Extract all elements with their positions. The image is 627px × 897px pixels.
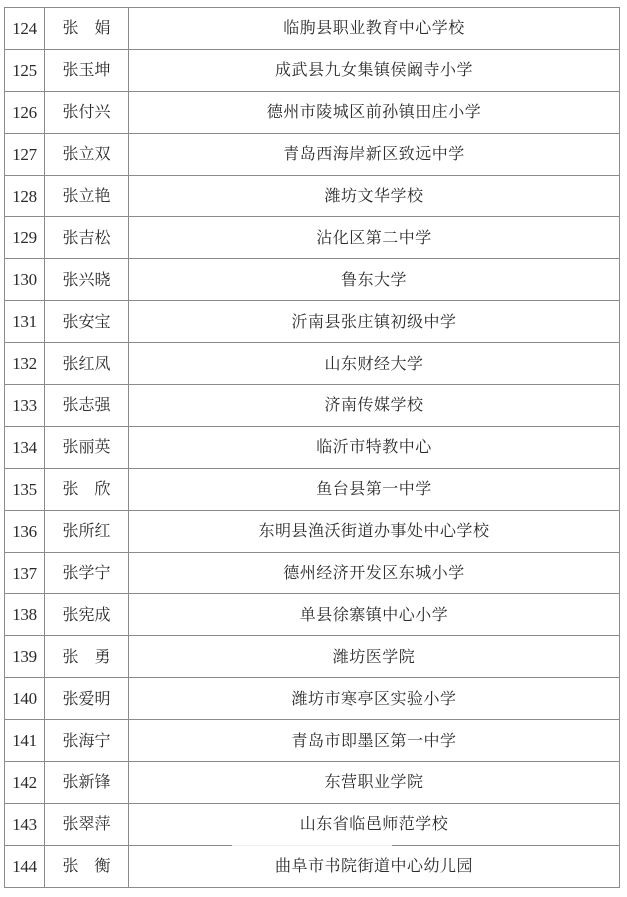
table-row: 134张丽英临沂市特教中心: [5, 426, 620, 468]
organization-cell: 成武县九女集镇侯阚寺小学: [129, 49, 620, 91]
organization-cell: 曲阜市书院街道中心幼儿园: [129, 845, 620, 887]
table-row: 143张翠萍山东省临邑师范学校: [5, 803, 620, 845]
person-name-cell: 张爱明: [45, 678, 129, 720]
roster-table: 124张 娟临朐县职业教育中心学校125张玉坤成武县九女集镇侯阚寺小学126张付…: [4, 7, 620, 888]
person-name-cell: 张志强: [45, 385, 129, 427]
organization-cell: 东营职业学院: [129, 762, 620, 804]
person-name-cell: 张玉坤: [45, 49, 129, 91]
row-number-cell: 124: [5, 8, 45, 50]
organization-cell: 济南传媒学校: [129, 385, 620, 427]
person-name-cell: 张 欣: [45, 468, 129, 510]
table-row: 136张所红东明县渔沃街道办事处中心学校: [5, 510, 620, 552]
row-number-cell: 143: [5, 803, 45, 845]
row-number-cell: 129: [5, 217, 45, 259]
table-row: 137张学宁德州经济开发区东城小学: [5, 552, 620, 594]
table-row: 129张吉松沾化区第二中学: [5, 217, 620, 259]
organization-cell: 临沂市特教中心: [129, 426, 620, 468]
table-row: 142张新锋东营职业学院: [5, 762, 620, 804]
row-number-cell: 136: [5, 510, 45, 552]
person-name-cell: 张安宝: [45, 301, 129, 343]
organization-cell: 潍坊市寒亭区实验小学: [129, 678, 620, 720]
organization-cell: 山东省临邑师范学校: [129, 803, 620, 845]
row-number-cell: 144: [5, 845, 45, 887]
organization-cell: 山东财经大学: [129, 343, 620, 385]
organization-cell: 潍坊文华学校: [129, 175, 620, 217]
row-number-cell: 135: [5, 468, 45, 510]
person-name-cell: 张丽英: [45, 426, 129, 468]
organization-cell: 临朐县职业教育中心学校: [129, 8, 620, 50]
organization-cell: 鲁东大学: [129, 259, 620, 301]
roster-table-body: 124张 娟临朐县职业教育中心学校125张玉坤成武县九女集镇侯阚寺小学126张付…: [5, 8, 620, 888]
table-row: 124张 娟临朐县职业教育中心学校: [5, 8, 620, 50]
person-name-cell: 张兴晓: [45, 259, 129, 301]
person-name-cell: 张付兴: [45, 91, 129, 133]
row-number-cell: 131: [5, 301, 45, 343]
row-number-cell: 140: [5, 678, 45, 720]
person-name-cell: 张所红: [45, 510, 129, 552]
person-name-cell: 张新锋: [45, 762, 129, 804]
person-name-cell: 张吉松: [45, 217, 129, 259]
organization-cell: 单县徐寨镇中心小学: [129, 594, 620, 636]
person-name-cell: 张红凤: [45, 343, 129, 385]
row-number-cell: 139: [5, 636, 45, 678]
person-name-cell: 张海宁: [45, 720, 129, 762]
organization-cell: 青岛西海岸新区致远中学: [129, 133, 620, 175]
organization-cell: 鱼台县第一中学: [129, 468, 620, 510]
row-number-cell: 133: [5, 385, 45, 427]
person-name-cell: 张 衡: [45, 845, 129, 887]
organization-cell: 德州市陵城区前孙镇田庄小学: [129, 91, 620, 133]
table-row: 135张 欣鱼台县第一中学: [5, 468, 620, 510]
person-name-cell: 张 娟: [45, 8, 129, 50]
table-row: 127张立双青岛西海岸新区致远中学: [5, 133, 620, 175]
table-row: 140张爱明潍坊市寒亭区实验小学: [5, 678, 620, 720]
person-name-cell: 张立艳: [45, 175, 129, 217]
person-name-cell: 张 勇: [45, 636, 129, 678]
organization-cell: 青岛市即墨区第一中学: [129, 720, 620, 762]
row-number-cell: 134: [5, 426, 45, 468]
table-row: 139张 勇潍坊医学院: [5, 636, 620, 678]
organization-cell: 沂南县张庄镇初级中学: [129, 301, 620, 343]
table-row: 126张付兴德州市陵城区前孙镇田庄小学: [5, 91, 620, 133]
row-number-cell: 138: [5, 594, 45, 636]
organization-cell: 沾化区第二中学: [129, 217, 620, 259]
person-name-cell: 张宪成: [45, 594, 129, 636]
organization-cell: 东明县渔沃街道办事处中心学校: [129, 510, 620, 552]
row-number-cell: 126: [5, 91, 45, 133]
row-number-cell: 125: [5, 49, 45, 91]
row-number-cell: 127: [5, 133, 45, 175]
organization-cell: 潍坊医学院: [129, 636, 620, 678]
person-name-cell: 张学宁: [45, 552, 129, 594]
table-row: 141张海宁青岛市即墨区第一中学: [5, 720, 620, 762]
table-row: 132张红凤山东财经大学: [5, 343, 620, 385]
row-number-cell: 132: [5, 343, 45, 385]
row-number-cell: 142: [5, 762, 45, 804]
table-row: 144张 衡曲阜市书院街道中心幼儿园: [5, 845, 620, 887]
row-number-cell: 130: [5, 259, 45, 301]
organization-cell: 德州经济开发区东城小学: [129, 552, 620, 594]
table-row: 128张立艳潍坊文华学校: [5, 175, 620, 217]
table-row: 138张宪成单县徐寨镇中心小学: [5, 594, 620, 636]
row-number-cell: 128: [5, 175, 45, 217]
table-row: 133张志强济南传媒学校: [5, 385, 620, 427]
person-name-cell: 张翠萍: [45, 803, 129, 845]
person-name-cell: 张立双: [45, 133, 129, 175]
row-number-cell: 137: [5, 552, 45, 594]
table-row: 130张兴晓鲁东大学: [5, 259, 620, 301]
table-row: 131张安宝沂南县张庄镇初级中学: [5, 301, 620, 343]
row-number-cell: 141: [5, 720, 45, 762]
table-row: 125张玉坤成武县九女集镇侯阚寺小学: [5, 49, 620, 91]
